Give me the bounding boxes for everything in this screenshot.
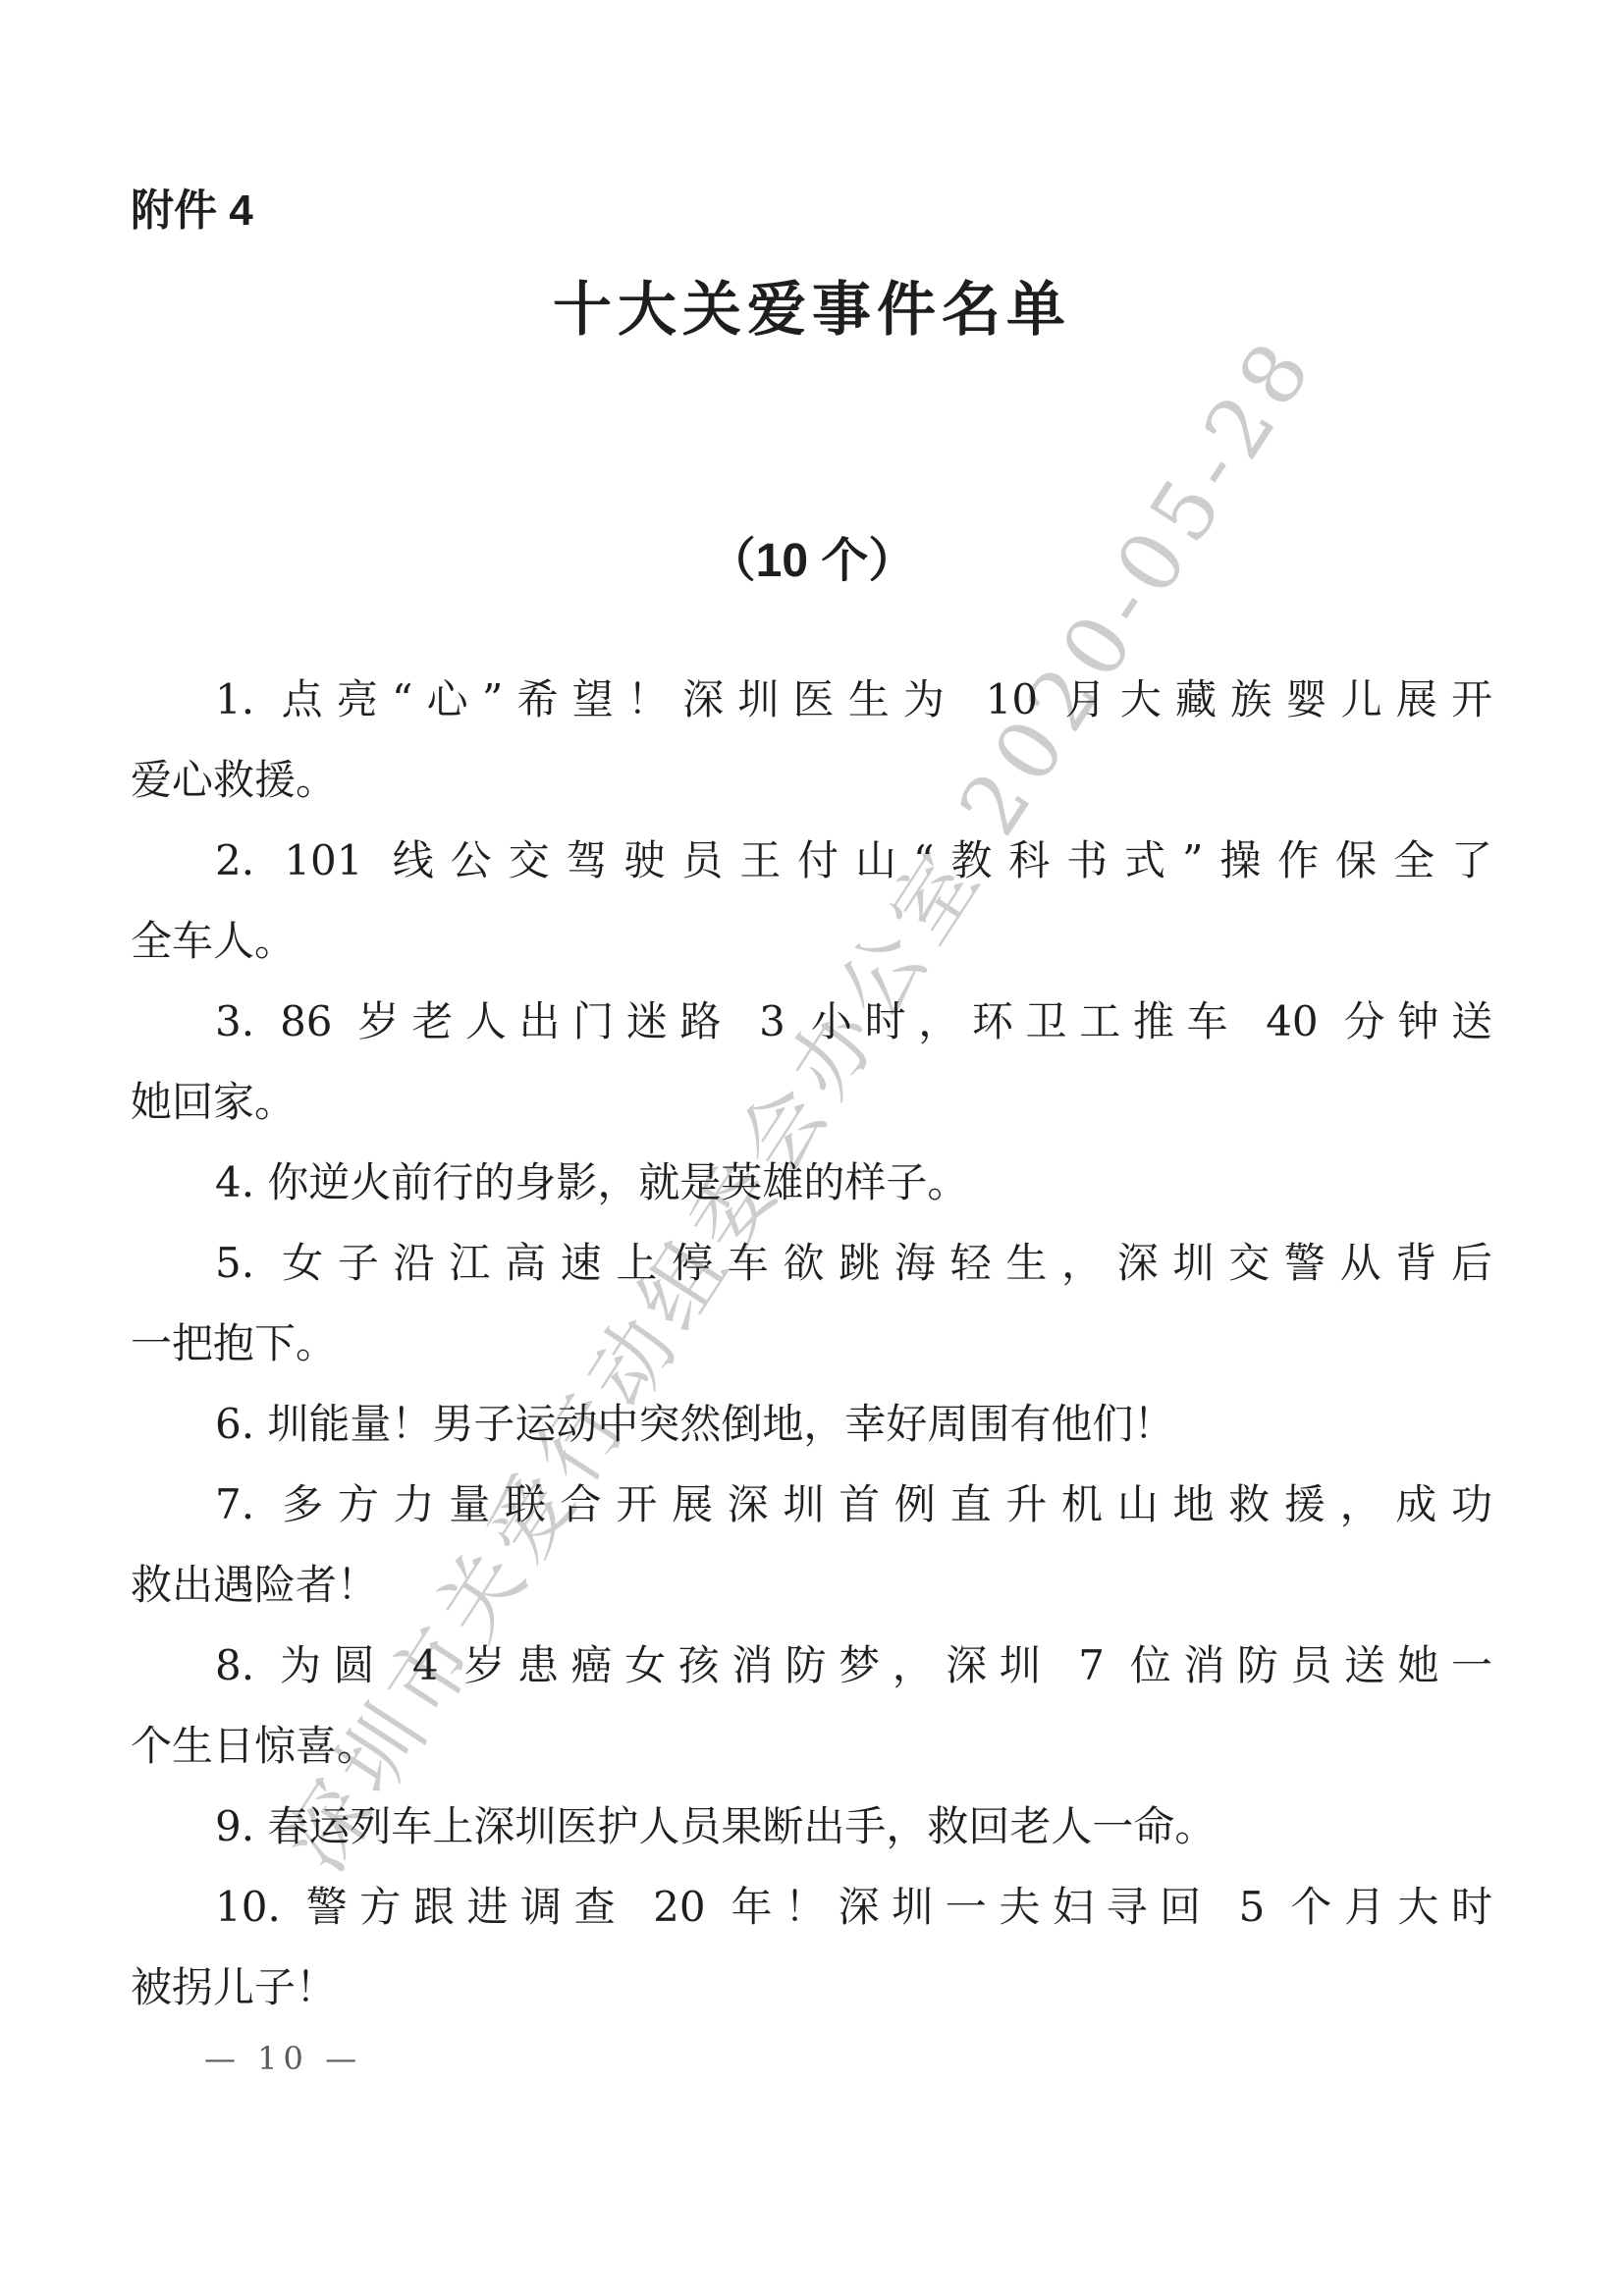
list-item-7-line-1: 7. 多方力量联合开展深圳首例直升机山地救援，成功 xyxy=(131,1465,1492,1545)
page-number: — 10 — xyxy=(204,2040,362,2077)
list-item-1-line-2: 爱心救援。 xyxy=(131,740,1492,821)
list-item-8-line-1: 8. 为圆 4 岁患癌女孩消防梦，深圳 7 位消防员送她一 xyxy=(131,1626,1492,1706)
list-item-10-line-2: 被拐儿子！ xyxy=(131,1948,1492,2028)
document-body: 1. 点亮“心”希望！深圳医生为 10 月大藏族婴儿展开 爱心救援。 2. 10… xyxy=(131,660,1492,2028)
list-item-8-line-2: 个生日惊喜。 xyxy=(131,1706,1492,1787)
list-item-3-line-2: 她回家。 xyxy=(131,1062,1492,1143)
document-page: 深圳市关爱行动组委会办公室 2020-05-28 附件 4 十大关爱事件名单 （… xyxy=(0,0,1624,2296)
list-item-7-line-2: 救出遇险者！ xyxy=(131,1545,1492,1626)
list-item-3-line-1: 3. 86 岁老人出门迷路 3 小时，环卫工推车 40 分钟送 xyxy=(131,982,1492,1062)
attachment-label: 附件 4 xyxy=(131,175,253,238)
list-item-5-line-1: 5. 女子沿江高速上停车欲跳海轻生，深圳交警从背后 xyxy=(131,1223,1492,1304)
list-item-5-line-2: 一把抱下。 xyxy=(131,1304,1492,1384)
list-item-9-line-1: 9. 春运列车上深圳医护人员果断出手，救回老人一命。 xyxy=(131,1787,1492,1867)
list-item-1-line-1: 1. 点亮“心”希望！深圳医生为 10 月大藏族婴儿展开 xyxy=(131,660,1492,740)
list-item-10-line-1: 10. 警方跟进调查 20 年！深圳一夫妇寻回 5 个月大时 xyxy=(131,1867,1492,1948)
list-item-4-line-1: 4. 你逆火前行的身影，就是英雄的样子。 xyxy=(131,1143,1492,1223)
list-item-2-line-2: 全车人。 xyxy=(131,901,1492,982)
document-title: 十大关爱事件名单 xyxy=(0,263,1624,347)
list-item-2-line-1: 2. 101 线公交驾驶员王付山“教科书式”操作保全了 xyxy=(131,821,1492,901)
document-subtitle: （10 个） xyxy=(0,522,1624,590)
list-item-6-line-1: 6. 圳能量！男子运动中突然倒地，幸好周围有他们！ xyxy=(131,1384,1492,1465)
